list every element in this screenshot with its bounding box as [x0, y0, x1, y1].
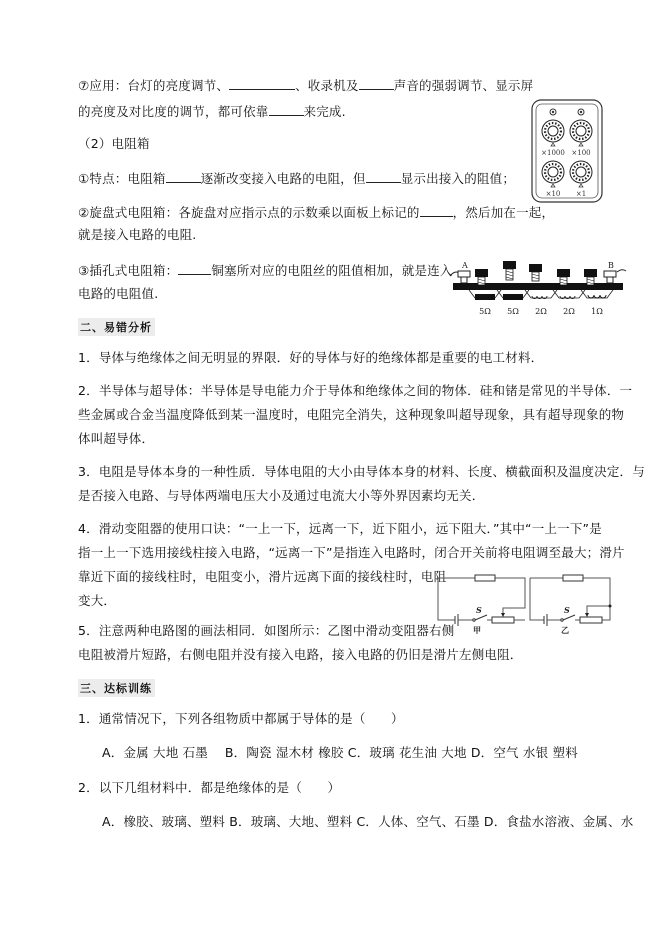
text: 来完成.: [304, 104, 346, 119]
svg-text:A: A: [461, 261, 468, 270]
svg-text:×10: ×10: [546, 190, 561, 198]
error-item-1-line-1: 1．导体与绝缘体之间无明显的界限．好的导体与好的绝缘体都是重要的电工材料．: [78, 350, 543, 366]
circuit-icon: S S 甲 乙: [435, 572, 615, 634]
error-item-4-line-1: 4．滑动变阻器的使用口诀：“一上一下，远离一下，近下阻小，远下阻大．”其中“一上…: [78, 521, 602, 537]
error-item-5-line-2: 电阻被滑片短路，右侧电阻并没有接入电路，接入电路的仍旧是滑片左侧电阻．: [78, 647, 523, 663]
error-item-2-line-2: 些金属或合金当温度降低到某一温度时，电阻完全消失，这种现象叫超导现象，具有超导现…: [78, 407, 624, 423]
svg-text:1Ω: 1Ω: [591, 307, 603, 316]
error-item-4-line-4: 变大．: [78, 593, 116, 609]
fill-blank-6[interactable]: [420, 204, 453, 217]
fill-blank-4[interactable]: [166, 170, 201, 183]
text: 铜塞所对应的电阻丝的阻值相加，就是连入: [211, 263, 452, 278]
error-item-2-line-1: 2．半导体与超导体：半导体是导电能力介于导体和绝缘体之间的物体．硅和锗是常见的半…: [78, 383, 632, 399]
svg-text:S: S: [564, 605, 570, 615]
text: 逐渐改变接入电路的电阻，但: [201, 171, 366, 186]
text: ⑦应用：台灯的亮度调节、: [78, 78, 229, 93]
circuit-diagrams-figure: S S 甲 乙: [435, 572, 615, 634]
text: ，然后加在一起，: [453, 205, 555, 220]
error-item-4-line-3: 靠近下面的接线柱时，电阻变小，滑片远离下面的接线柱时，电阻: [78, 569, 446, 585]
rotary-line-2: 就是接入电路的电阻.: [78, 227, 196, 243]
feature-line: ①特点：电阻箱逐渐改变接入电路的电阻，但显示出接入的阻值；: [78, 170, 515, 187]
fill-blank-7[interactable]: [178, 262, 211, 275]
svg-text:甲: 甲: [473, 626, 481, 634]
text: 显示出接入的阻值；: [401, 171, 515, 186]
svg-text:×1: ×1: [576, 190, 586, 198]
text: 、收录机及: [295, 78, 359, 93]
section-heading-practice: 三、达标训练: [78, 679, 155, 697]
svg-text:×1000: ×1000: [541, 149, 565, 157]
svg-text:B: B: [608, 261, 614, 270]
dial-resistance-box-figure: ×1000 ×100 ×10 ×1: [531, 99, 603, 203]
fill-blank-2[interactable]: [359, 77, 394, 90]
question-2-options: A．橡胶、玻璃、塑料 B．玻璃、大地、塑料 C．人体、空气、石墨 D．食盐水溶液…: [102, 814, 633, 830]
fill-blank-5[interactable]: [366, 170, 401, 183]
plug-resistance-box-figure: A B: [447, 256, 627, 320]
error-item-4-line-2: 指一上一下选用接线柱接入电路，“远离一下”是指连入电路时，闭合开关前将电阻调至最…: [78, 545, 625, 561]
plug-line-2: 电路的电阻值.: [78, 286, 158, 302]
dial-box-icon: ×1000 ×100 ×10 ×1: [531, 99, 603, 203]
error-item-2-line-3: 体叫超导体．: [78, 431, 154, 447]
plug-box-icon: A B: [447, 256, 627, 320]
application-line-1: ⑦应用：台灯的亮度调节、、收录机及声音的强弱调节、显示屏: [78, 77, 533, 94]
text: ①特点：电阻箱: [78, 171, 166, 186]
question-1-stem: 1．通常情况下，下列各组物质中都属于导体的是（ ）: [78, 711, 404, 727]
svg-text:5Ω: 5Ω: [479, 307, 491, 316]
application-line-2: 的亮度及对比度的调节，都可依靠来完成.: [78, 103, 346, 120]
text: ③插孔式电阻箱：: [78, 263, 178, 278]
svg-text:5Ω: 5Ω: [507, 307, 519, 316]
svg-text:乙: 乙: [561, 626, 569, 634]
svg-text:×100: ×100: [571, 149, 590, 157]
error-item-3-line-1: 3．电阻是导体本身的一种性质．导体电阻的大小由导体本身的材料、长度、横截面积及温…: [78, 464, 645, 480]
question-1-options: A．金属 大地 石墨 B．陶瓷 湿木材 橡胶 C．玻璃 花生油 大地 D．空气 …: [102, 745, 578, 761]
question-2-stem: 2．以下几组材料中．都是绝缘体的是（ ）: [78, 780, 340, 796]
plug-line-1: ③插孔式电阻箱：铜塞所对应的电阻丝的阻值相加，就是连入: [78, 262, 453, 279]
rotary-line-1: ②旋盘式电阻箱：各旋盘对应指示点的示数乘以面板上标记的，然后加在一起，: [78, 204, 554, 221]
text: 的亮度及对比度的调节，都可依靠: [78, 104, 269, 119]
section-heading-error-analysis: 二、易错分析: [78, 318, 155, 336]
svg-text:S: S: [476, 605, 482, 615]
fill-blank-1[interactable]: [229, 77, 295, 90]
resistance-box-title: （2）电阻箱: [78, 136, 150, 152]
text: ②旋盘式电阻箱：各旋盘对应指示点的示数乘以面板上标记的: [78, 205, 420, 220]
text: 声音的强弱调节、显示屏: [394, 78, 534, 93]
error-item-5-line-1: 5．注意两种电路图的画法相同．如图所示：乙图中滑动变阻器右侧: [78, 623, 454, 639]
fill-blank-3[interactable]: [269, 103, 304, 116]
svg-text:2Ω: 2Ω: [535, 307, 547, 316]
svg-text:2Ω: 2Ω: [563, 307, 575, 316]
error-item-3-line-2: 是否接入电路、与导体两端电压大小及通过电流大小等外界因素均无关．: [78, 488, 484, 504]
